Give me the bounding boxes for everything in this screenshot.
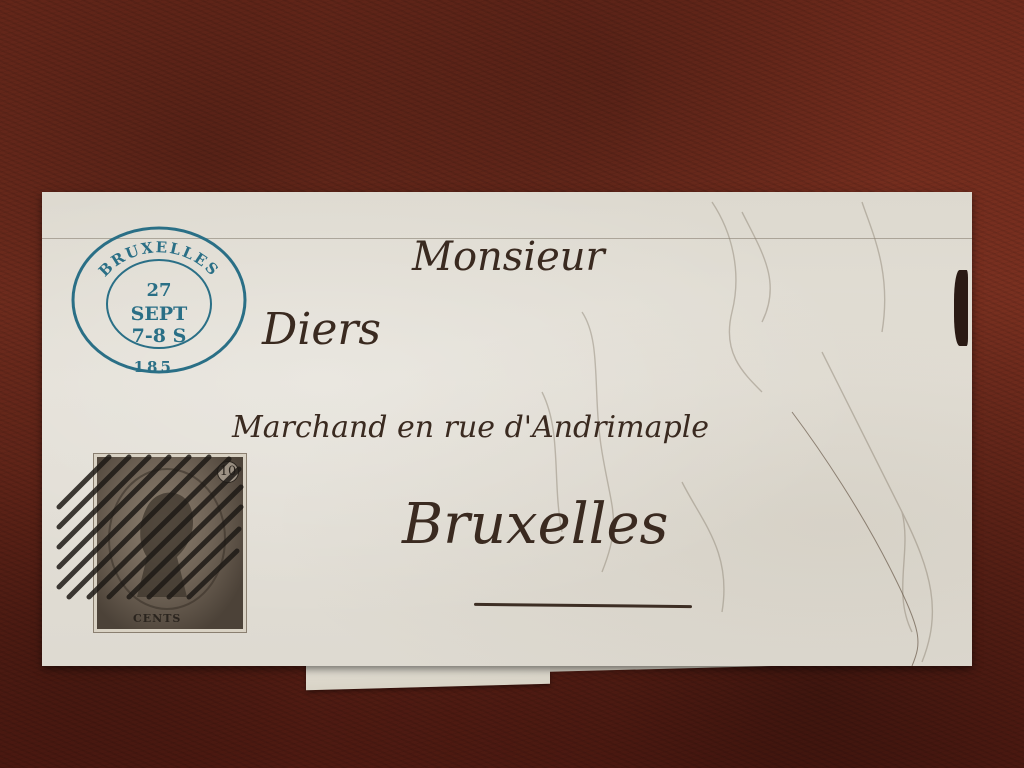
address-name: Diers <box>262 304 381 355</box>
address-street: Marchand en rue d'Andrimaple <box>232 410 709 445</box>
stamp-value: 10 <box>217 461 239 483</box>
address-salutation: Monsieur <box>412 234 605 280</box>
bruxelles-postmark: BRUXELLES 27 SEPT 7-8 S 185_ <box>70 224 248 374</box>
postmark-day: 27 <box>146 280 171 301</box>
paper-tear <box>954 270 968 346</box>
postage-stamp: 10 CENTS <box>94 454 246 632</box>
stamp-denomination: CENTS <box>133 612 181 625</box>
postmark-year: 185_ <box>134 358 185 374</box>
stamp-portrait <box>97 457 243 629</box>
city-underline <box>474 603 692 608</box>
folded-letter: BRUXELLES 27 SEPT 7-8 S 185_ Monsieur Di… <box>42 192 972 666</box>
address-city: Bruxelles <box>402 492 668 557</box>
postmark-month: SEPT <box>131 303 188 325</box>
postmark-time: 7-8 S <box>132 325 187 347</box>
